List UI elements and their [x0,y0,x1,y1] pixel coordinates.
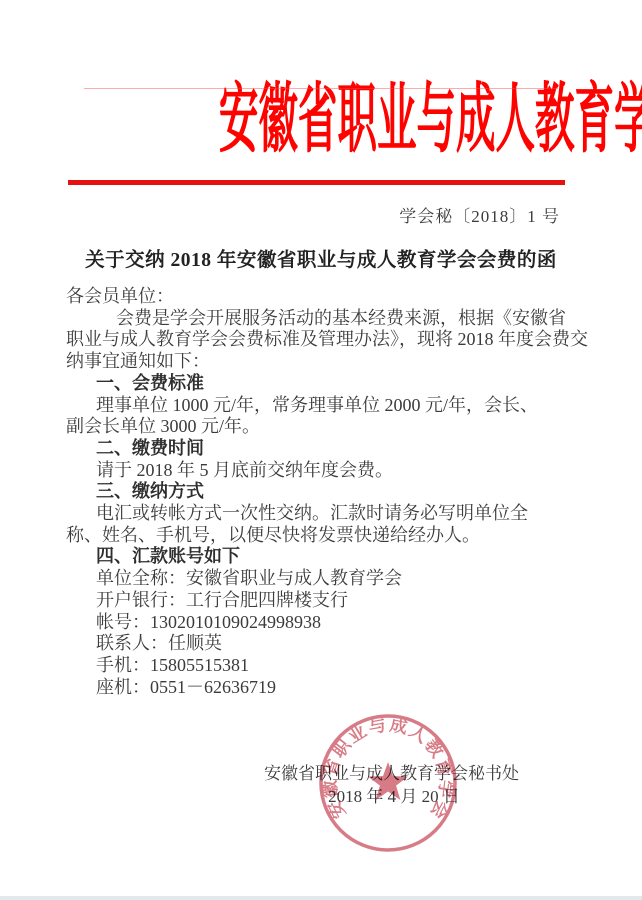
document-page: 安徽省职业与成人教育学会 学会秘〔2018〕1 号 关于交纳 2018 年安徽省… [0,0,642,900]
letter-body: 各会员单位： 会费是学会开展服务活动的基本经费来源，根据《安徽省 职业与成人教育… [66,286,582,698]
section-heading: 四、汇款账号如下 [66,546,582,568]
section-line: 请于 2018 年 5 月底前交纳年度会费。 [66,460,582,482]
salutation: 各会员单位： [66,286,582,308]
doc-number: 学会秘〔2018〕1 号 [399,202,560,227]
account-line-contact: 联系人：任顺英 [66,633,582,655]
account-line-mobile: 手机：15805515381 [66,655,582,677]
section-heading: 一、会费标准 [66,373,582,395]
section-line: 称、姓名、手机号，以便尽快将发票快递给经办人。 [66,525,582,547]
intro-line: 纳事宜通知如下： [66,351,582,373]
footer-block: 安徽省职业与成人教育学会秘书处 2018 年 4 月 20 日 [264,762,524,808]
account-line-phone: 座机：0551－62636719 [66,677,582,699]
intro-line: 职业与成人教育学会会费标准及管理办法》，现将 2018 年度会费交 [66,329,582,351]
doc-title: 关于交纳 2018 年安徽省职业与成人教育学会会费的函 [0,244,642,272]
section-line: 电汇或转帐方式一次性交纳。汇款时请务必写明单位全 [66,503,582,525]
scan-edge [0,896,642,900]
signature-date: 2018 年 4 月 20 日 [264,785,524,808]
intro-line: 会费是学会开展服务活动的基本经费来源，根据《安徽省 [66,308,582,330]
account-line-org: 单位全称：安徽省职业与成人教育学会 [66,568,582,590]
section-line: 副会长单位 3000 元/年。 [66,416,582,438]
letterhead-rule [68,180,565,185]
section-heading: 二、缴费时间 [66,438,582,460]
letterhead: 安徽省职业与成人教育学会 [0,82,642,158]
account-line-bank: 开户银行：工行合肥四牌楼支行 [66,590,582,612]
section-heading: 三、缴纳方式 [66,481,582,503]
letterhead-faint-line [84,88,558,89]
org-name-title: 安徽省职业与成人教育学会 [219,82,642,158]
section-line: 理事单位 1000 元/年，常务理事单位 2000 元/年，会长、 [66,395,582,417]
account-line-number: 帐号：1302010109024998938 [66,612,582,634]
signature-org: 安徽省职业与成人教育学会秘书处 [264,762,524,785]
